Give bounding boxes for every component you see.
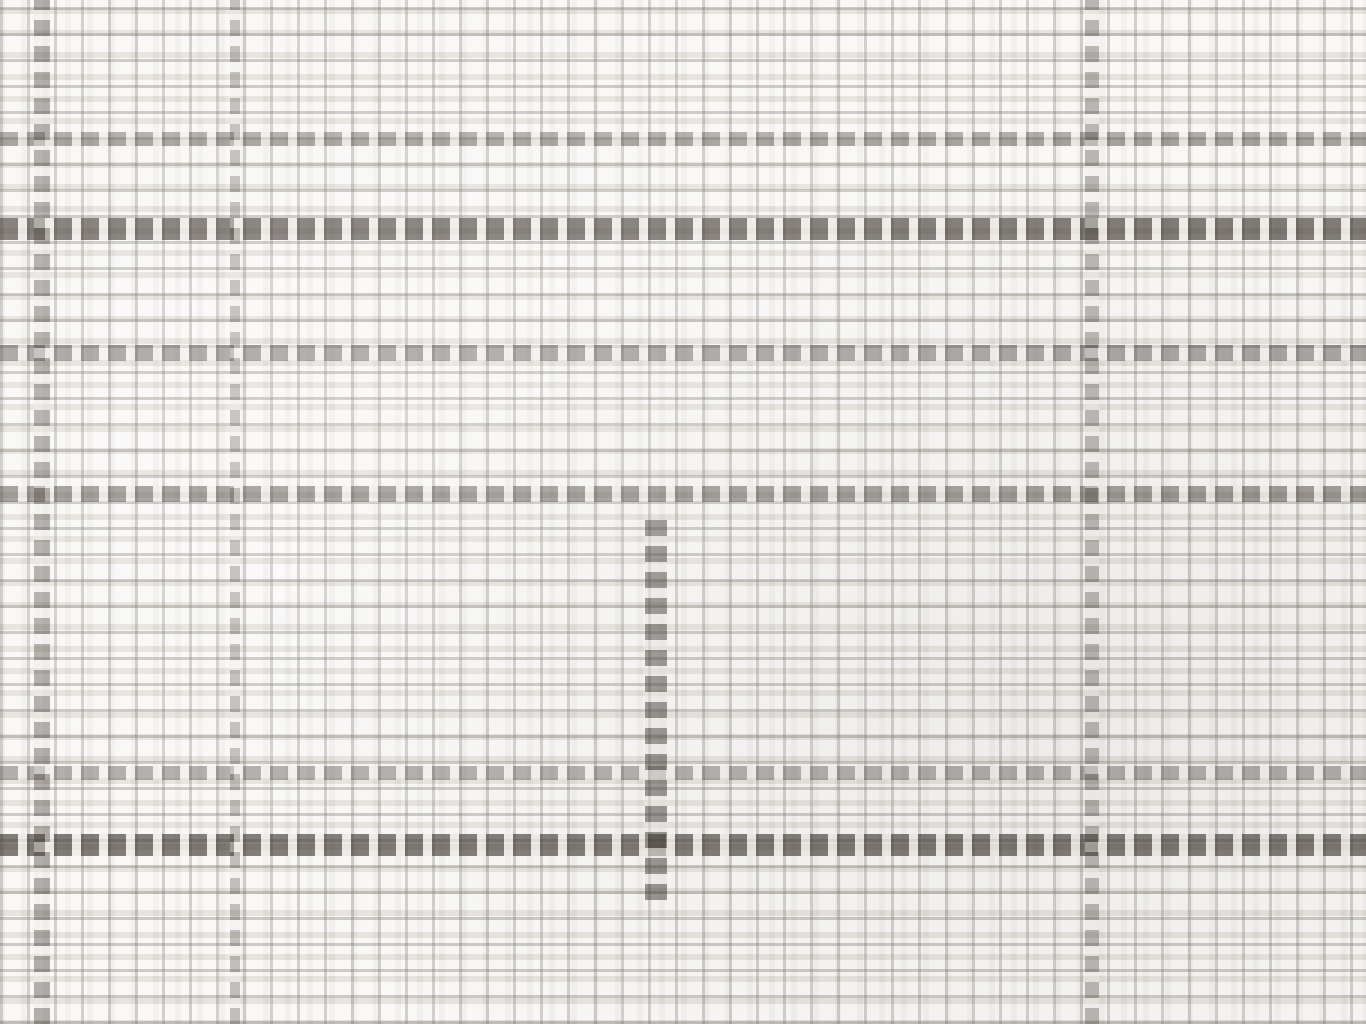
- dark-weft-stripe: [0, 132, 1366, 146]
- dark-warp-stripe: [1085, 0, 1099, 1024]
- dark-warp-stripe: [645, 520, 667, 900]
- dark-weft-stripe: [0, 834, 1366, 856]
- dark-weft-stripe: [0, 218, 1366, 240]
- dark-warp-stripe: [230, 0, 240, 1024]
- dark-weft-stripe: [0, 766, 1366, 780]
- dark-warp-stripe: [34, 0, 50, 1024]
- dark-weft-stripe: [0, 345, 1366, 361]
- dark-weft-stripe: [0, 486, 1366, 502]
- woven-fabric-texture: [0, 0, 1366, 1024]
